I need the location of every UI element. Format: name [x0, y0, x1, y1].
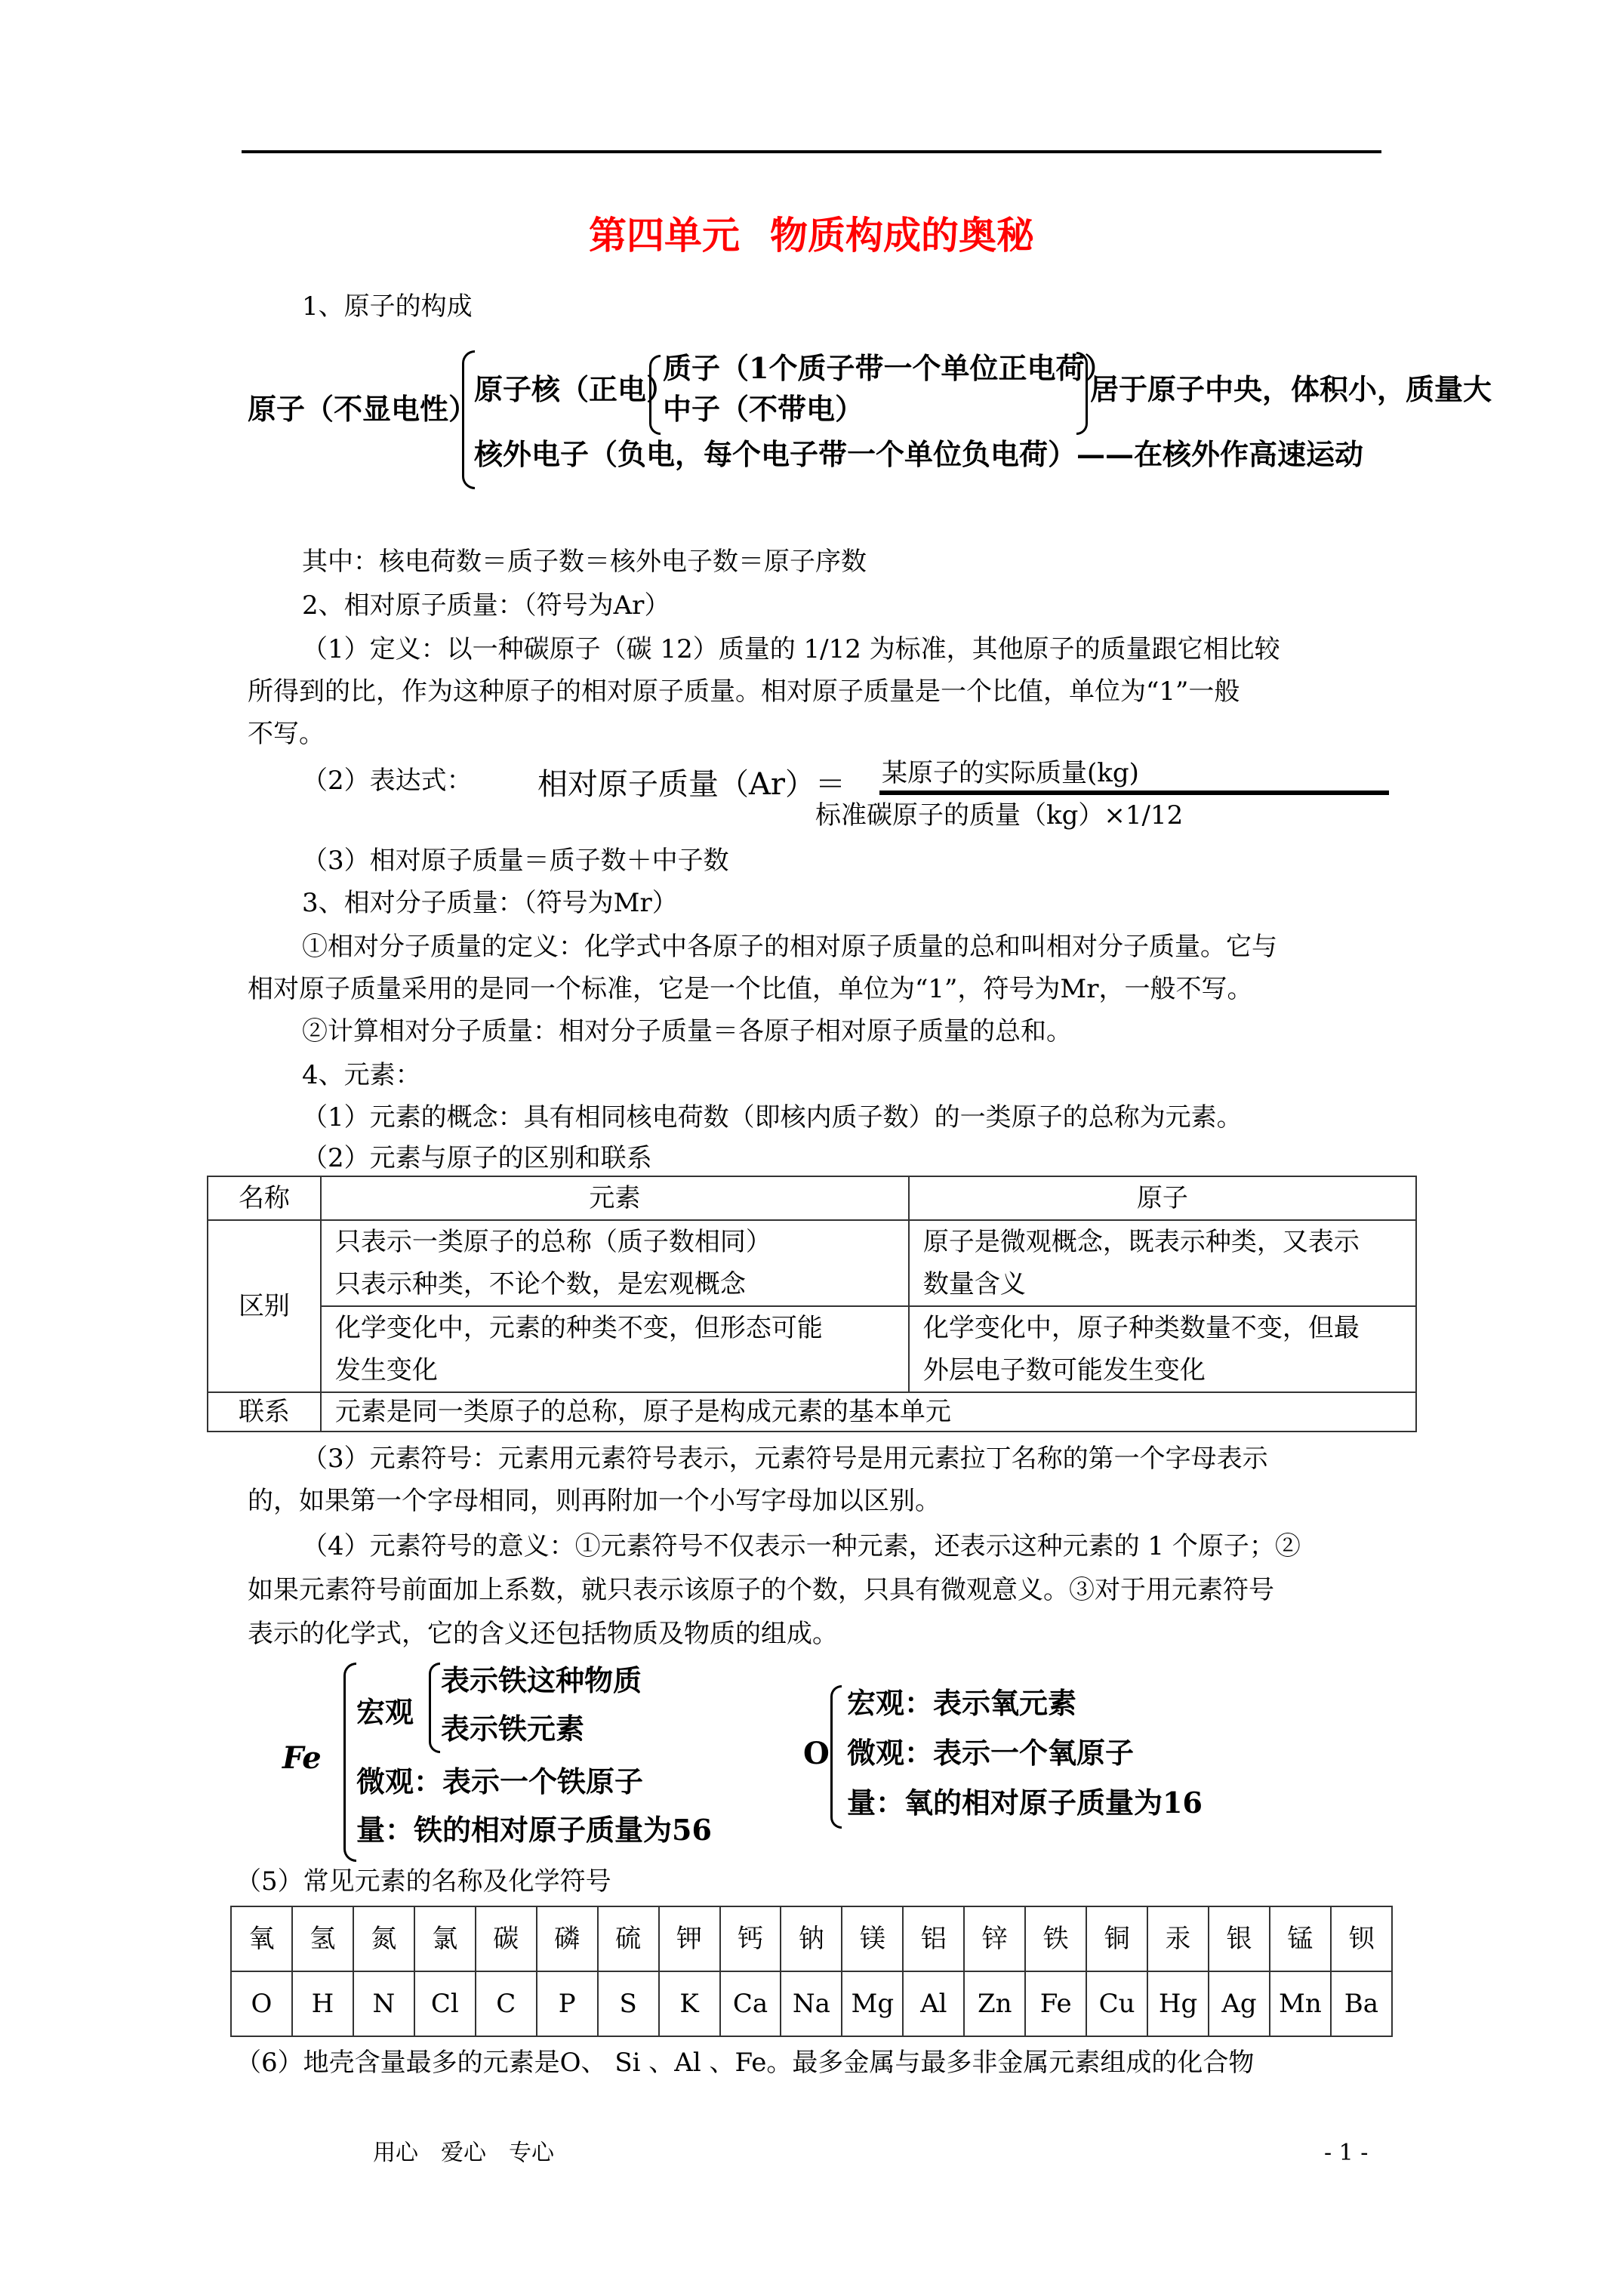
- meaning-line-3: 表示的化学式，它的含义还包括物质及物质的组成。: [248, 1619, 838, 1649]
- element-name: 钾: [659, 1906, 720, 1971]
- diff-atom-cell: 化学变化中，原子种类数量不变，但最外层电子数可能发生变化: [909, 1306, 1416, 1392]
- fe-macro-label: 宏观: [356, 1696, 414, 1729]
- symbol-line-2: 的，如果第一个字母相同，则再附加一个小写字母加以区别。: [248, 1486, 941, 1516]
- nucleus-note: 居于原子中央，体积小，质量大: [1090, 373, 1492, 406]
- meaning-line-1: （4）元素符号的意义：①元素符号不仅表示一种元素，还表示这种元素的 1 个原子；…: [302, 1531, 1301, 1561]
- table-row: 联系 元素是同一类原子的总称，原子是构成元素的基本单元: [208, 1392, 1416, 1432]
- fe-macro-item-1: 表示铁这种物质: [441, 1664, 642, 1697]
- header-name: 名称: [208, 1176, 321, 1220]
- formula-numerator: 某原子的实际质量(kg): [882, 758, 1139, 788]
- element-symbol: Mn: [1270, 1971, 1331, 2036]
- element-name: 钠: [781, 1906, 842, 1971]
- mr-definition-line-1: ①相对分子质量的定义：化学式中各原子的相对原子质量的总和叫相对分子质量。它与: [302, 932, 1277, 962]
- section-1-heading: 1、原子的构成: [302, 291, 473, 322]
- formula-denominator: 标准碳原子的质量（kg）×1/12: [815, 800, 1183, 831]
- definition-line-3: 不写。: [248, 719, 325, 749]
- formula-lhs: 相对原子质量（Ar）＝: [537, 767, 845, 802]
- section-3-heading: 3、相对分子质量：（符号为Mr）: [302, 888, 678, 918]
- link-label: 联系: [208, 1392, 321, 1432]
- mr-calculation: ②计算相对分子质量：相对分子质量＝各原子相对原子质量的总和。: [302, 1016, 1072, 1046]
- header-element: 元素: [321, 1176, 909, 1220]
- diff-element-cell: 化学变化中，元素的种类不变，但形态可能发生变化: [321, 1306, 909, 1392]
- element-symbol: Cl: [414, 1971, 476, 2036]
- o-mass: 量：氧的相对原子质量为16: [847, 1786, 1203, 1820]
- diff-label: 区别: [208, 1220, 321, 1392]
- table-header-row: 名称 元素 原子: [208, 1176, 1416, 1220]
- element-name: 钡: [1331, 1906, 1392, 1971]
- proton-label: 质子（1个质子带一个单位正电荷）: [663, 352, 1113, 385]
- element-symbol: H: [292, 1971, 353, 2036]
- element-name: 铜: [1086, 1906, 1147, 1971]
- fe-micro: 微观：表示一个铁原子: [356, 1765, 643, 1798]
- element-symbol: K: [659, 1971, 720, 2036]
- fe-mass: 量：铁的相对原子质量为56: [356, 1814, 712, 1847]
- element-concept: （1）元素的概念：具有相同核电荷数（即核内质子数）的一类原子的总称为元素。: [302, 1102, 1243, 1133]
- element-name: 银: [1209, 1906, 1270, 1971]
- section-4-heading: 4、元素：: [302, 1060, 421, 1090]
- element-symbol: Ca: [720, 1971, 781, 2036]
- element-name: 硫: [598, 1906, 659, 1971]
- element-name: 氧: [231, 1906, 292, 1971]
- expression-label: （2）表达式：: [302, 766, 473, 796]
- element-atom-compare-table: 名称 元素 原子 区别 只表示一类原子的总称（质子数相同）只表示种类，不论个数，…: [207, 1176, 1417, 1432]
- crust-elements-line: （6）地壳含量最多的元素是O、 Si 、Al 、Fe。最多金属与最多非金属元素组…: [236, 2048, 1254, 2078]
- header-atom: 原子: [909, 1176, 1416, 1220]
- element-name: 镁: [842, 1906, 903, 1971]
- meaning-line-2: 如果元素符号前面加上系数，就只表示该原子的个数，只具有微观意义。③对于用元素符号: [248, 1575, 1274, 1605]
- mr-definition-line-2: 相对原子质量采用的是同一个标准，它是一个比值，单位为“1”，符号为Mr，一般不写…: [248, 974, 1252, 1004]
- brace-nucleus: [649, 355, 661, 435]
- brace-atom: [462, 350, 475, 489]
- o-micro: 微观：表示一个氧原子: [847, 1737, 1134, 1770]
- element-symbol: Fe: [1025, 1971, 1086, 2036]
- element-name: 氢: [292, 1906, 353, 1971]
- element-name: 铁: [1025, 1906, 1086, 1971]
- element-symbol: Ag: [1209, 1971, 1270, 2036]
- element-symbol: Mg: [842, 1971, 903, 2036]
- page-number: - 1 -: [1324, 2140, 1368, 2167]
- common-elements-heading: （5）常见元素的名称及化学符号: [236, 1866, 611, 1897]
- element-symbol: S: [598, 1971, 659, 2036]
- element-symbol: N: [353, 1971, 414, 2036]
- element-name: 锌: [964, 1906, 1025, 1971]
- definition-line-2: 所得到的比，作为这种原子的相对原子质量。相对原子质量是一个比值，单位为“1”一般: [248, 676, 1240, 707]
- section-2-heading: 2、相对原子质量：（符号为Ar）: [302, 590, 670, 621]
- charge-relation: 其中：核电荷数＝质子数＝核外电子数＝原子序数: [302, 547, 867, 577]
- element-names-row: 氧 氢 氮 氯 碳 磷 硫 钾 钙 钠 镁 铝 锌 铁 铜 汞 银 锰 钡: [231, 1906, 1392, 1971]
- diff-atom-cell: 原子是微观概念，既表示种类，又表示数量含义: [909, 1220, 1416, 1306]
- element-name: 锰: [1270, 1906, 1331, 1971]
- compare-heading: （2）元素与原子的区别和联系: [302, 1143, 652, 1173]
- page-title: 第四单元物质构成的奥秘: [0, 213, 1623, 258]
- brace-o: [830, 1685, 842, 1829]
- diff-element-cell: 只表示一类原子的总称（质子数相同）只表示种类，不论个数，是宏观概念: [321, 1220, 909, 1306]
- symbol-line-1: （3）元素符号：元素用元素符号表示，元素符号是用元素拉丁名称的第一个字母表示: [302, 1444, 1268, 1474]
- atom-label: 原子（不显电性）: [248, 393, 477, 426]
- element-symbol: P: [537, 1971, 598, 2036]
- element-symbol: Al: [903, 1971, 964, 2036]
- table-row: 化学变化中，元素的种类不变，但形态可能发生变化 化学变化中，原子种类数量不变，但…: [208, 1306, 1416, 1392]
- header-rule: [242, 150, 1381, 153]
- fe-symbol: Fe: [282, 1741, 322, 1776]
- link-text: 元素是同一类原子的总称，原子是构成元素的基本单元: [321, 1392, 1416, 1432]
- element-name: 碳: [476, 1906, 537, 1971]
- brace-fe-macro: [429, 1663, 440, 1753]
- element-symbol: Hg: [1147, 1971, 1209, 2036]
- neutron-label: 中子（不带电）: [663, 393, 864, 426]
- table-row: 区别 只表示一类原子的总称（质子数相同）只表示种类，不论个数，是宏观概念 原子是…: [208, 1220, 1416, 1306]
- electron-label: 核外电子（负电，每个电子带一个单位负电荷）——在核外作高速运动: [474, 438, 1363, 471]
- element-name: 铝: [903, 1906, 964, 1971]
- footer-motto: 用心 爱心 专心: [373, 2140, 554, 2167]
- definition-line-1: （1）定义：以一种碳原子（碳 12）质量的 1/12 为标准，其他原子的质量跟它…: [302, 634, 1280, 664]
- o-macro: 宏观：表示氧元素: [847, 1687, 1076, 1720]
- nucleus-label: 原子核（正电）: [474, 373, 675, 406]
- element-symbol: C: [476, 1971, 537, 2036]
- element-symbol: Na: [781, 1971, 842, 2036]
- element-symbol: Cu: [1086, 1971, 1147, 2036]
- fe-macro-item-2: 表示铁元素: [441, 1712, 584, 1746]
- element-name: 氯: [414, 1906, 476, 1971]
- element-name: 磷: [537, 1906, 598, 1971]
- element-symbols-row: O H N Cl C P S K Ca Na Mg Al Zn Fe Cu Hg…: [231, 1971, 1392, 2036]
- brace-nucleus-right: [1076, 352, 1088, 435]
- element-name: 汞: [1147, 1906, 1209, 1971]
- element-name: 钙: [720, 1906, 781, 1971]
- fraction-line: [879, 791, 1389, 795]
- element-symbol: Ba: [1331, 1971, 1392, 2036]
- element-symbol: Zn: [964, 1971, 1025, 2036]
- element-symbol: O: [231, 1971, 292, 2036]
- mass-sum-rule: （3）相对原子质量＝质子数＋中子数: [302, 846, 729, 876]
- o-symbol: O: [803, 1737, 830, 1771]
- brace-fe: [343, 1663, 356, 1862]
- common-elements-table: 氧 氢 氮 氯 碳 磷 硫 钾 钙 钠 镁 铝 锌 铁 铜 汞 银 锰 钡 O …: [230, 1906, 1393, 2037]
- element-name: 氮: [353, 1906, 414, 1971]
